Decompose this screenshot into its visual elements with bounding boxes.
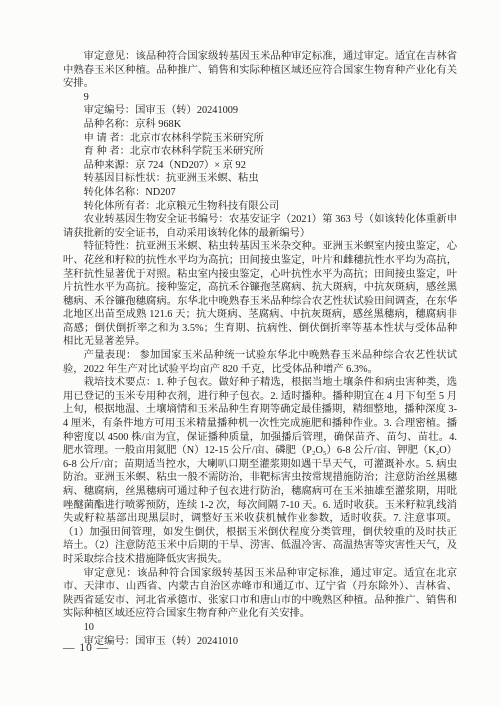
review-opinion-paragraph-entry8: 审定意见：该品种符合国家级转基因玉米品种审定标准，通过审定。适宜在吉林省中熟春玉… bbox=[63, 50, 457, 91]
field-certification-number-entry10: 审定编号：国审玉（转）20241010 bbox=[63, 635, 457, 649]
field-variety-origin: 品种来源：京 724（ND207）× 京 92 bbox=[63, 159, 457, 173]
biosafety-certificate-paragraph: 农业转基因生物安全证书编号：农基安证字（2021）第 363 号（如该转化体重新… bbox=[63, 213, 457, 240]
cultivation-techniques-paragraph: 栽培技术要点：1. 种子包衣。做好种子精选，根据当地土壤条件和病虫害种类，选用已… bbox=[63, 376, 457, 566]
document-page: 审定意见：该品种符合国家级转基因玉米品种审定标准，通过审定。适宜在吉林省中熟春玉… bbox=[0, 0, 500, 706]
field-variety-name: 品种名称：京科 968K bbox=[63, 118, 457, 132]
entry-number-10: 10 bbox=[63, 621, 457, 635]
field-transformation-event-owner: 转化体所有者：北京粮元生物科技有限公司 bbox=[63, 200, 457, 214]
field-breeder: 育 种 者：北京市农林科学院玉米研究所 bbox=[63, 145, 457, 159]
field-transgenic-target-trait: 转基因目标性状：抗亚洲玉米螟、粘虫 bbox=[63, 172, 457, 186]
field-applicant: 申 请 者：北京市农林科学院玉米研究所 bbox=[63, 132, 457, 146]
review-opinion-paragraph-entry9: 审定意见：该品种符合国家级转基因玉米品种审定标准，通过审定。适宜在北京市、天津市… bbox=[63, 567, 457, 621]
page-number: — 10 — bbox=[63, 642, 109, 654]
page-content: 审定意见：该品种符合国家级转基因玉米品种审定标准，通过审定。适宜在吉林省中熟春玉… bbox=[63, 50, 457, 648]
field-transformation-event-name: 转化体名称：ND207 bbox=[63, 186, 457, 200]
field-certification-number: 审定编号：国审玉（转）20241009 bbox=[63, 104, 457, 118]
yield-performance-paragraph: 产量表现： 参加国家玉米品种统一试验东华北中晚熟春玉米品种综合农艺性状试验，20… bbox=[63, 349, 457, 376]
entry-number-9: 9 bbox=[63, 91, 457, 105]
traits-paragraph: 特征特性：抗亚洲玉米螟、粘虫转基因玉米杂交种。亚洲玉米螟室内接虫鉴定，心叶、花丝… bbox=[63, 240, 457, 349]
